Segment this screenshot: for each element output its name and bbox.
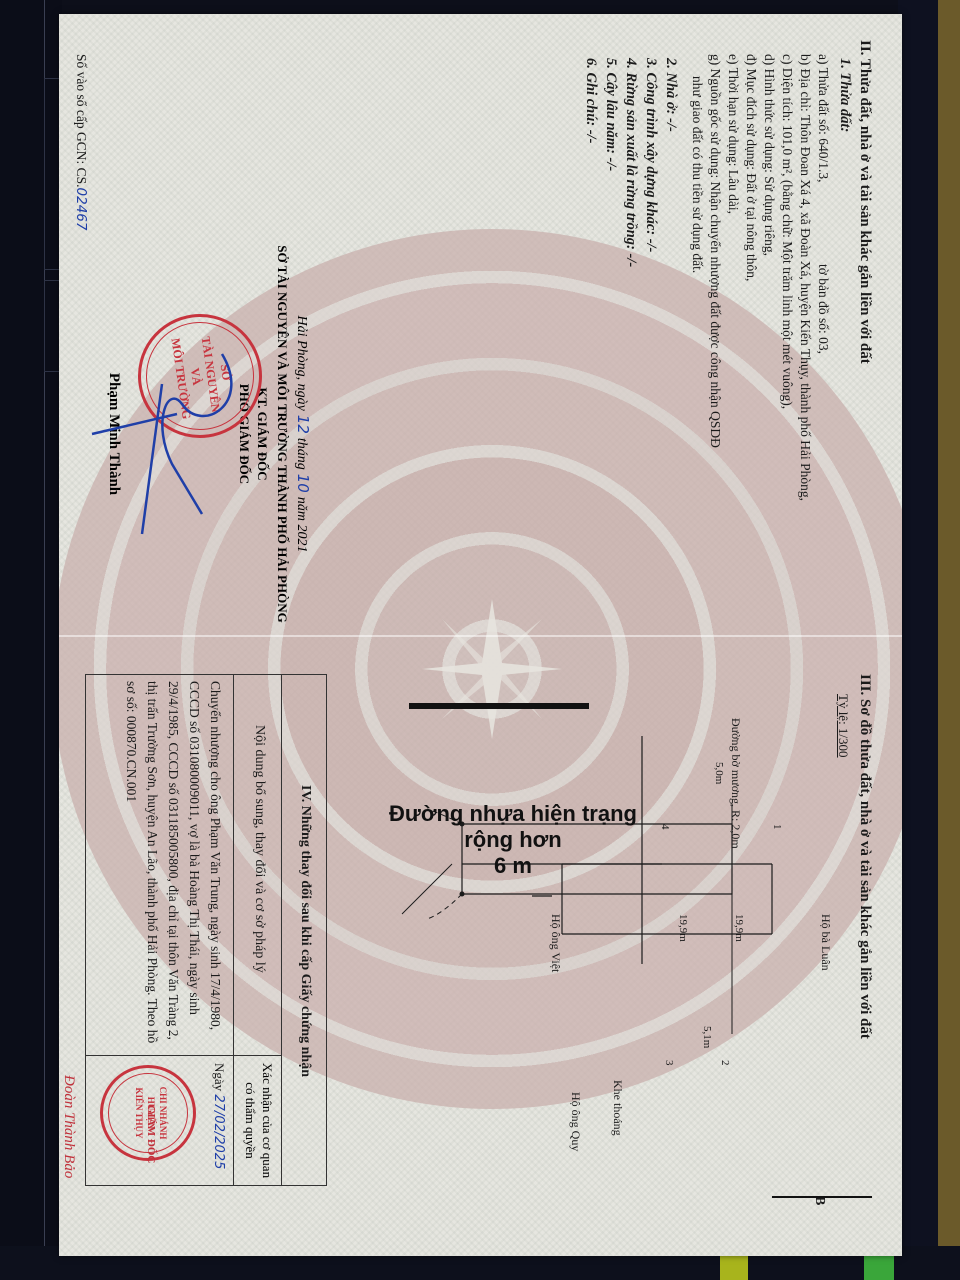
column-header-content: Nội dung bổ sung, thay đổi và cơ sở pháp… [233,675,282,1055]
perennial-item: 5. Cây lâu năm: -/- [604,58,619,171]
column-header-confirm: Xác nhận của cơ quan có thẩm quyền [233,1056,282,1185]
neighbor-north: Hộ bà Luân [820,914,832,971]
usage-origin: g) Nguồn gốc sử dụng: Nhận chuyển nhượng… [709,54,723,448]
issue-month: 10 [294,474,312,493]
edge-side-label: 19,9m [733,914,744,942]
north-arrow-shaft [772,1196,872,1198]
issue-place-prefix: Hải Phòng, ngày [294,316,309,411]
issuing-agency: SỞ TÀI NGUYÊN VÀ MÔI TRƯỜNG THÀNH PHỐ HẢ… [274,194,290,674]
registry-label: Số vào sổ cấp GCN: CS. [74,54,89,188]
stamp-line: CHI NHÁNH [157,1068,169,1158]
screen-panel [44,78,60,270]
usage-purpose: đ) Mục đích sử dụng: Đất ở tại nông thôn… [745,54,759,281]
subsection-parcel-title: 1. Thửa đất: [838,58,853,132]
notes-item: 6. Ghi chú: -/- [584,58,599,143]
forest-item: 4. Rừng sản xuất là rừng trồng: -/- [624,58,639,267]
edge-front-label: 5,0m [713,762,724,784]
other-works-item: 3. Công trình xây dựng khác: -/- [644,58,659,252]
house-item: 2. Nhà ở: -/- [664,58,679,132]
parcel-number: a) Thửa đất số: 640/1.3, [817,54,831,183]
road-label: Đường bờ mương, R: 2,0m [730,718,742,849]
point-label: 1 [771,824,782,830]
annotation-line-2: 6 m [363,853,663,879]
page-fold [59,635,902,637]
confirm-position: GIÁM ĐỐC [145,1105,156,1163]
road-width-annotation: Đường nhựa hiện trạng rộng hơn 6 m [363,801,663,879]
parcel-area: c) Diện tích: 101,0 m², (bằng chữ: Một t… [781,54,795,409]
edge-back-label: 5,1m [701,1026,712,1048]
screen-block [720,1254,748,1280]
registry-value: 02467 [73,188,89,231]
issue-date-line: Hải Phòng, ngày 12 tháng 10 năm 2021 [293,234,312,634]
map-sheet-number: tờ bản đồ số: 03, [817,264,831,354]
usage-form: d) Hình thức sử dụng: Sử dụng riêng, [763,54,777,256]
section-iii-title: III. Sơ đồ thửa đất, nhà ở và tài sản kh… [857,674,872,1039]
issue-day: 12 [294,415,312,434]
registry-number: Số vào sổ cấp GCN: CS.02467 [74,54,89,230]
parcel-diagram [362,714,822,1234]
background-screen-right [898,0,938,1280]
change-content: Chuyển nhượng cho ông Phạm Văn Trung, ng… [121,681,226,1051]
section-ii-title: II. Thửa đất, nhà ở và tài sản khác gắn … [857,40,872,364]
land-certificate-page: II. Thửa đất, nhà ở và tài sản khác gắn … [59,14,902,1256]
vent-label: Khe thoáng [612,1080,624,1136]
col2-header-line: Xác nhận của cơ quan [259,1056,276,1185]
col2-header: Xác nhận của cơ quan có thẩm quyền [242,1056,282,1185]
confirm-date-value: 27/02/2025 [211,1094,226,1169]
parcel-address: b) Địa chỉ: Thôn Đoan Xá 4, xã Đoàn Xá, … [799,54,813,501]
signature-scribble-icon [82,344,262,544]
confirm-date: Ngày 27/02/2025 [212,1063,226,1169]
annotation-line-1: Đường nhựa hiện trạng rộng hơn [363,801,663,853]
confirm-date-prefix: Ngày [212,1063,227,1091]
table-title-row: IV. Những thay đổi sau khi cấp Giấy chứn… [281,675,326,1185]
background-screen-left [0,0,62,1280]
usage-origin-cont: như giao đất có thu tiền sử dụng đất. [691,76,705,273]
screen-block [864,1254,894,1280]
edge-side-label: 19,9m [677,914,688,942]
usage-term: e) Thời hạn sử dụng: Lâu dài, [727,54,741,214]
neighbor-east: Hộ ông Quy [570,1092,582,1151]
stamp-line: KIẾN THỤY [133,1068,145,1158]
confirm-signer: Đoàn Thành Bảo [61,1075,76,1178]
point-label: 3 [663,1060,674,1066]
section-iv-title: IV. Những thay đổi sau khi cấp Giấy chứn… [298,785,312,1077]
neighbor-south: Hộ ông Việt [550,914,562,972]
issue-year: năm 2021 [294,497,309,553]
screen-panel [44,280,60,372]
month-label: tháng [294,438,309,470]
changes-table: IV. Những thay đổi sau khi cấp Giấy chứn… [85,674,327,1186]
background-desk-edge [938,0,960,1280]
point-label: 2 [719,1060,730,1066]
col1-header: Nội dung bổ sung, thay đổi và cơ sở pháp… [252,725,266,973]
col2-header-line: có thẩm quyền [242,1056,259,1185]
map-scale: Tỷ lệ: 1/300 [837,694,850,758]
annotation-bar [409,703,589,709]
